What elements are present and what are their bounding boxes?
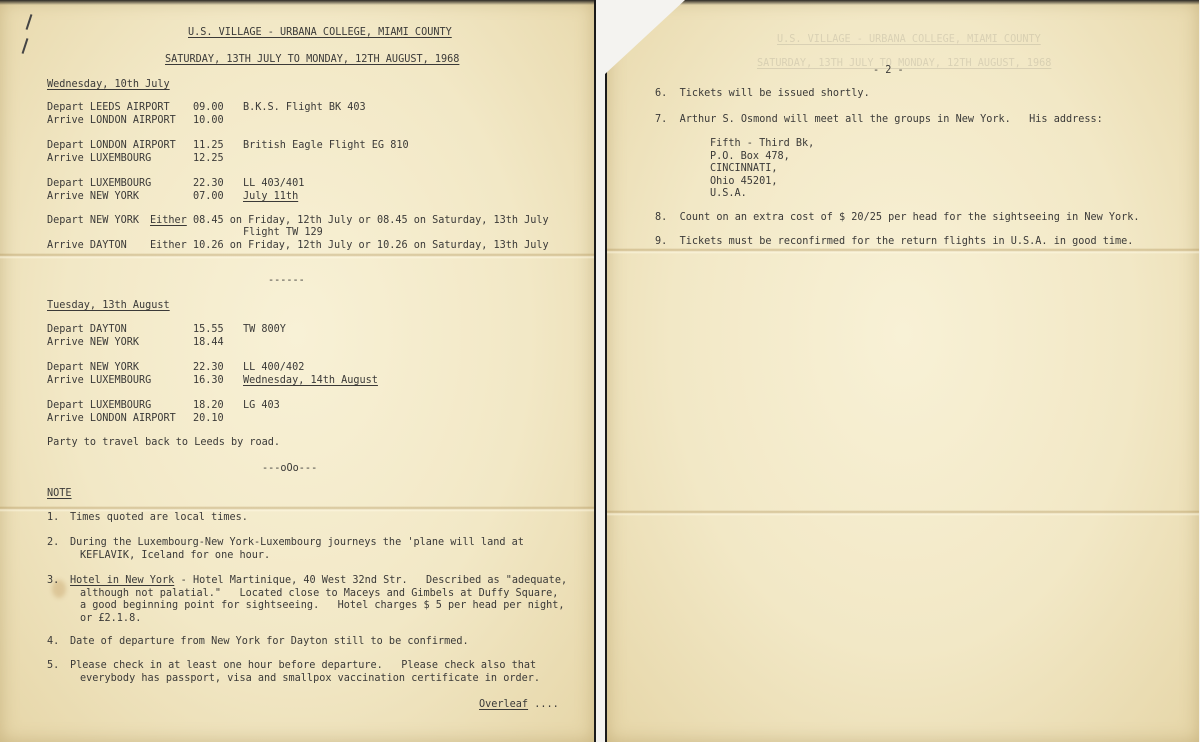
leg-arrive-time: 20.10: [193, 413, 224, 426]
page-number: - 2 -: [873, 65, 904, 78]
note-line: everybody has passport, visa and smallpo…: [80, 673, 540, 686]
note-line: or £2.1.8.: [80, 613, 141, 626]
leg-flight: LL 403/401: [243, 178, 304, 191]
leg-arrive-note: July 11th: [243, 191, 298, 204]
leg-depart-time: 22.30: [193, 178, 224, 191]
return-date-heading: Tuesday, 13th August: [47, 300, 170, 313]
leg-arrive: Arrive LONDON AIRPORT: [47, 115, 176, 128]
dayton-arrive-label: Arrive DAYTON: [47, 240, 127, 253]
leg-arrive-time: 10.00: [193, 115, 224, 128]
leg-depart-time: 22.30: [193, 362, 224, 375]
address-line: Fifth - Third Bk,: [710, 138, 814, 151]
note-heading-hotel: Hotel in New York: [70, 575, 174, 588]
note-number: 3.: [47, 575, 59, 588]
address-line: Ohio 45201,: [710, 176, 777, 189]
fold-line: [0, 253, 594, 259]
address-line: P.O. Box 478,: [710, 151, 790, 164]
leg-depart: Depart LUXEMBOURG: [47, 400, 151, 413]
leg-arrive: Arrive NEW YORK: [47, 337, 139, 350]
note-line: a good beginning point for sightseeing. …: [80, 600, 565, 613]
note-number: 1.: [47, 512, 59, 525]
leg-depart: Depart NEW YORK: [47, 362, 139, 375]
dayton-arrive-text: Either 10.26 on Friday, 12th July or 10.…: [150, 240, 549, 253]
overleaf-label: Overleaf: [479, 699, 528, 710]
note-8: 8. Count on an extra cost of $ 20/25 per…: [655, 212, 1140, 225]
page-edge-shadow: [607, 0, 1199, 5]
leg-arrive: Arrive NEW YORK: [47, 191, 139, 204]
note-number: 5.: [47, 660, 59, 673]
note-9: 9. Tickets must be reconfirmed for the r…: [655, 236, 1133, 249]
road-note: Party to travel back to Leeds by road.: [47, 437, 280, 450]
leg-arrive: Arrive LUXEMBOURG: [47, 153, 151, 166]
leg-depart: Depart LONDON AIRPORT: [47, 140, 176, 153]
leg-flight: LG 403: [243, 400, 280, 413]
ny-flight-number: Flight TW 129: [243, 227, 323, 240]
staple-mark: [22, 38, 29, 54]
leg-depart-time: 09.00: [193, 102, 224, 115]
leg-flight: LL 400/402: [243, 362, 304, 375]
either-emphasis: Either: [150, 215, 187, 226]
leg-arrive-time: 18.44: [193, 337, 224, 350]
address-line: CINCINNATI,: [710, 163, 777, 176]
overleaf-dots: ....: [528, 699, 559, 710]
note-line: Please check in at least one hour before…: [70, 660, 536, 673]
note-6: 6. Tickets will be issued shortly.: [655, 88, 870, 101]
leg-arrive-time: 07.00: [193, 191, 224, 204]
ny-depart-text: 08.45 on Friday, 12th July or 08.45 on S…: [187, 215, 549, 226]
page-edge-shadow: [0, 0, 594, 5]
leg-depart-time: 11.25: [193, 140, 224, 153]
leg-flight: TW 800Y: [243, 324, 286, 337]
note-number: 4.: [47, 636, 59, 649]
bleed-through-title: U.S. VILLAGE - URBANA COLLEGE, MIAMI COU…: [777, 34, 1041, 47]
fold-line: [607, 510, 1199, 516]
note-heading: NOTE: [47, 488, 72, 501]
leg-depart: Depart DAYTON: [47, 324, 127, 337]
address-line: U.S.A.: [710, 188, 747, 201]
leg-arrive-time: 16.30: [193, 375, 224, 388]
document-title: U.S. VILLAGE - URBANA COLLEGE, MIAMI COU…: [188, 27, 452, 40]
section-separator: ------: [268, 275, 305, 288]
leg-depart-time: 15.55: [193, 324, 224, 337]
document-subtitle: SATURDAY, 13TH JULY TO MONDAY, 12TH AUGU…: [165, 54, 459, 67]
leg-arrive-note: Wednesday, 14th August: [243, 375, 378, 388]
note-line: - Hotel Martinique, 40 West 32nd Str. De…: [175, 575, 568, 588]
leg-arrive: Arrive LONDON AIRPORT: [47, 413, 176, 426]
leg-depart-time: 18.20: [193, 400, 224, 413]
leg-arrive-time: 12.25: [193, 153, 224, 166]
leg-flight: B.K.S. Flight BK 403: [243, 102, 366, 115]
staple-mark: [26, 14, 33, 30]
note-line: although not palatial." Located close to…: [80, 588, 558, 601]
note-line: Times quoted are local times.: [70, 512, 248, 525]
document-page-1: U.S. VILLAGE - URBANA COLLEGE, MIAMI COU…: [0, 0, 596, 742]
ny-depart-label: Depart NEW YORK: [47, 215, 139, 228]
document-page-2: U.S. VILLAGE - URBANA COLLEGE, MIAMI COU…: [605, 0, 1199, 742]
note-line: KEFLAVIK, Iceland for one hour.: [80, 550, 270, 563]
leg-depart: Depart LUXEMBOURG: [47, 178, 151, 191]
leg-depart: Depart LEEDS AIRPORT: [47, 102, 170, 115]
overleaf-indicator: Overleaf ....: [479, 699, 559, 712]
fold-line: [607, 248, 1199, 254]
note-7: 7. Arthur S. Osmond will meet all the gr…: [655, 114, 1103, 127]
note-number: 2.: [47, 537, 59, 550]
leg-arrive: Arrive LUXEMBOURG: [47, 375, 151, 388]
note-line: Date of departure from New York for Dayt…: [70, 636, 469, 649]
ny-depart-detail: Either 08.45 on Friday, 12th July or 08.…: [150, 215, 549, 228]
end-mark: ---oOo---: [262, 463, 317, 476]
note-line: During the Luxembourg-New York-Luxembour…: [70, 537, 524, 550]
leg-flight: British Eagle Flight EG 810: [243, 140, 409, 153]
bleed-through-subtitle: SATURDAY, 13TH JULY TO MONDAY, 12TH AUGU…: [757, 58, 1051, 71]
outbound-date-heading: Wednesday, 10th July: [47, 79, 170, 92]
